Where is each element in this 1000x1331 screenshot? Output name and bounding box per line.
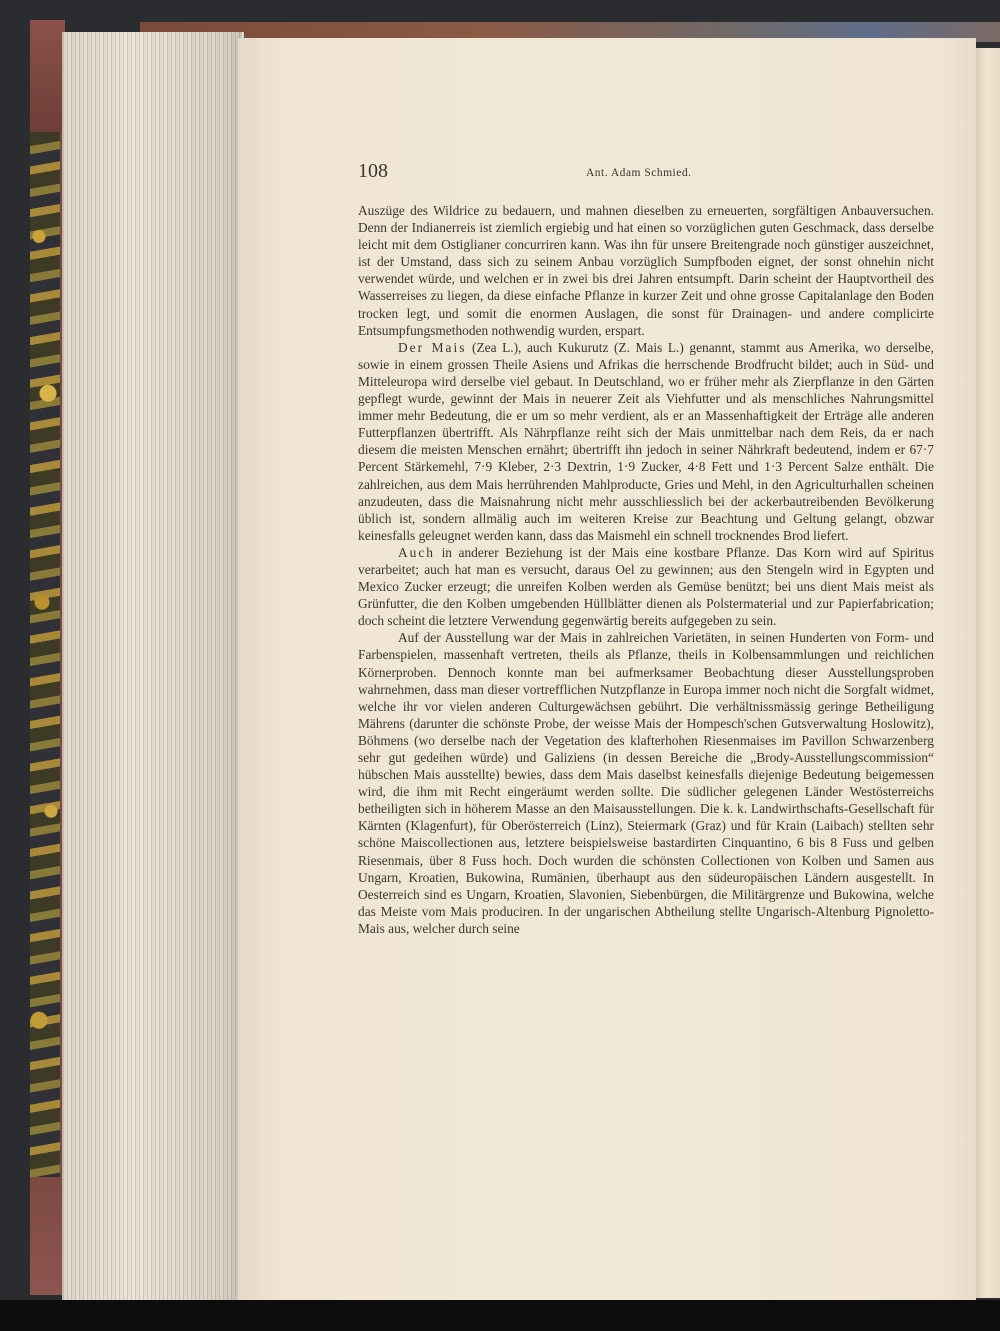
spine-leather-top <box>30 20 65 132</box>
marbled-cover-edge <box>30 132 60 1177</box>
scan-background-bottom <box>0 1300 1000 1331</box>
section-lead: Der Mais <box>398 340 466 355</box>
facing-page-edge <box>976 48 1000 1298</box>
running-title: Ant. Adam Schmied. <box>586 167 691 179</box>
paragraph-2: Der Mais (Zea L.), auch Kukurutz (Z. Mai… <box>358 339 934 544</box>
section-lead: Auch <box>398 545 435 560</box>
running-head: 108 Ant. Adam Schmied. <box>358 160 938 190</box>
page-number: 108 <box>358 160 388 183</box>
paragraph-4: Auf der Ausstellung war der Mais in zahl… <box>358 629 934 937</box>
page-block-shade <box>62 32 242 1300</box>
spine-leather-bottom <box>30 1177 65 1295</box>
paragraph-1: Auszüge des Wildrice zu bedauern, und ma… <box>358 202 934 339</box>
body-text: Auszüge des Wildrice zu bedauern, und ma… <box>358 202 934 937</box>
paragraph-3: Auch in anderer Beziehung ist der Mais e… <box>358 544 934 629</box>
